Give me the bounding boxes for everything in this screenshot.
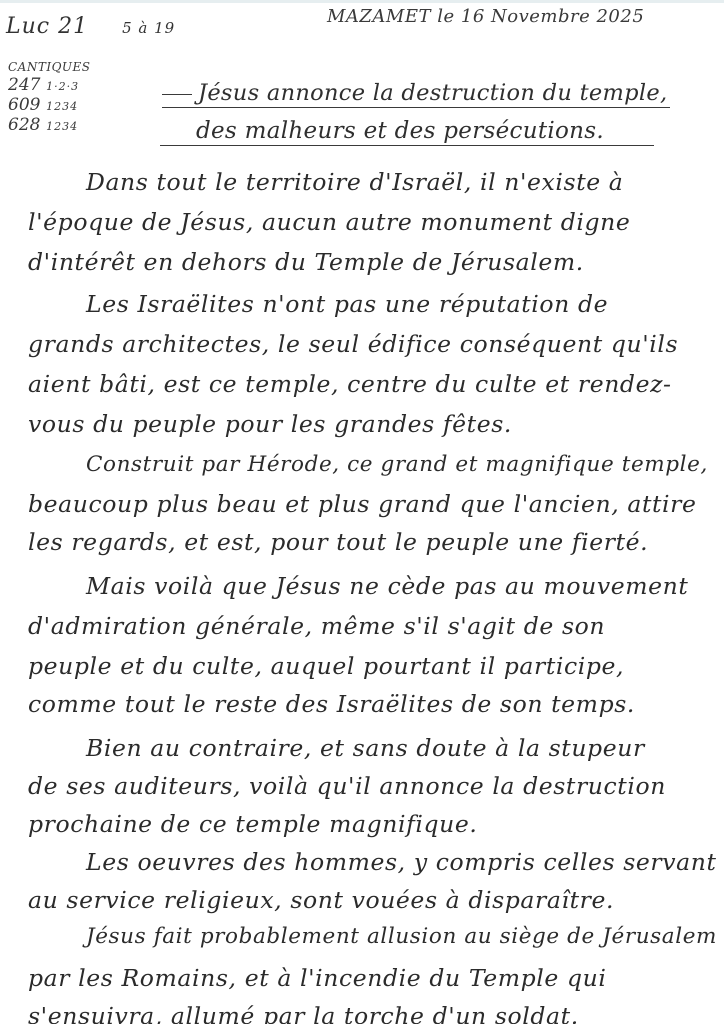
hymn-verses: 1234 <box>46 100 78 113</box>
body-line: Bien au contraire, et sans doute à la st… <box>86 734 645 762</box>
hymn-number: 609 <box>8 96 42 114</box>
body-line: Jésus fait probablement allusion au sièg… <box>86 924 717 949</box>
body-line: grands architectes, le seul édifice cons… <box>28 330 678 358</box>
body-line: l'époque de Jésus, aucun autre monument … <box>28 208 630 236</box>
body-line: d'intérêt en dehors du Temple de Jérusal… <box>28 248 584 276</box>
body-line: beaucoup plus beau et plus grand que l'a… <box>28 490 697 518</box>
place-and-date: MAZAMET le 16 Novembre 2025 <box>327 6 644 27</box>
scripture-reference: Luc 21 5 à 19 <box>6 14 175 39</box>
scripture-book-chapter: Luc 21 <box>6 14 88 39</box>
body-line: vous du peuple pour les grandes fêtes. <box>28 410 512 438</box>
sermon-title-line-1: Jésus annonce la destruction du temple, <box>162 80 670 108</box>
body-line: d'admiration générale, même s'il s'agit … <box>28 612 605 640</box>
scripture-verses: 5 à 19 <box>122 19 175 37</box>
body-line: Les Israëlites n'ont pas une réputation … <box>86 290 608 318</box>
hymn-item: 247 1·2·3 <box>8 76 91 96</box>
body-line: au service religieux, sont vouées à disp… <box>28 886 614 914</box>
body-line: Construit par Hérode, ce grand et magnif… <box>86 452 708 477</box>
title-dash <box>162 94 192 95</box>
sermon-title-line-2: des malheurs et des persécutions. <box>160 118 654 146</box>
body-line: prochaine de ce temple magnifique. <box>28 810 477 838</box>
body-line: Les oeuvres des hommes, y compris celles… <box>86 848 716 876</box>
hymns-list: Cantiques 247 1·2·3 609 1234 628 1234 <box>8 58 91 136</box>
sermon-title-text-1: Jésus annonce la destruction du temple, <box>198 80 667 106</box>
body-line: aient bâti, est ce temple, centre du cul… <box>28 370 672 398</box>
hymn-verses: 1234 <box>46 120 78 133</box>
body-line: par les Romains, et à l'incendie du Temp… <box>28 964 606 992</box>
body-line: Mais voilà que Jésus ne cède pas au mouv… <box>86 572 688 600</box>
body-line: les regards, et est, pour tout le peuple… <box>28 528 648 556</box>
body-line: peuple et du culte, auquel pourtant il p… <box>28 652 624 680</box>
body-line: de ses auditeurs, voilà qu'il annonce la… <box>28 772 666 800</box>
hymn-number: 628 <box>8 116 42 134</box>
hymns-title: Cantiques <box>8 58 91 76</box>
body-line: s'ensuivra, allumé par la torche d'un so… <box>28 1002 579 1024</box>
hymn-item: 628 1234 <box>8 116 91 136</box>
scan-top-edge <box>0 0 724 3</box>
body-line: Dans tout le territoire d'Israël, il n'e… <box>86 168 623 196</box>
hymn-number: 247 <box>8 76 42 94</box>
hymn-verses: 1·2·3 <box>46 80 79 93</box>
body-line: comme tout le reste des Israëlites de so… <box>28 690 635 718</box>
hymn-item: 609 1234 <box>8 96 91 116</box>
